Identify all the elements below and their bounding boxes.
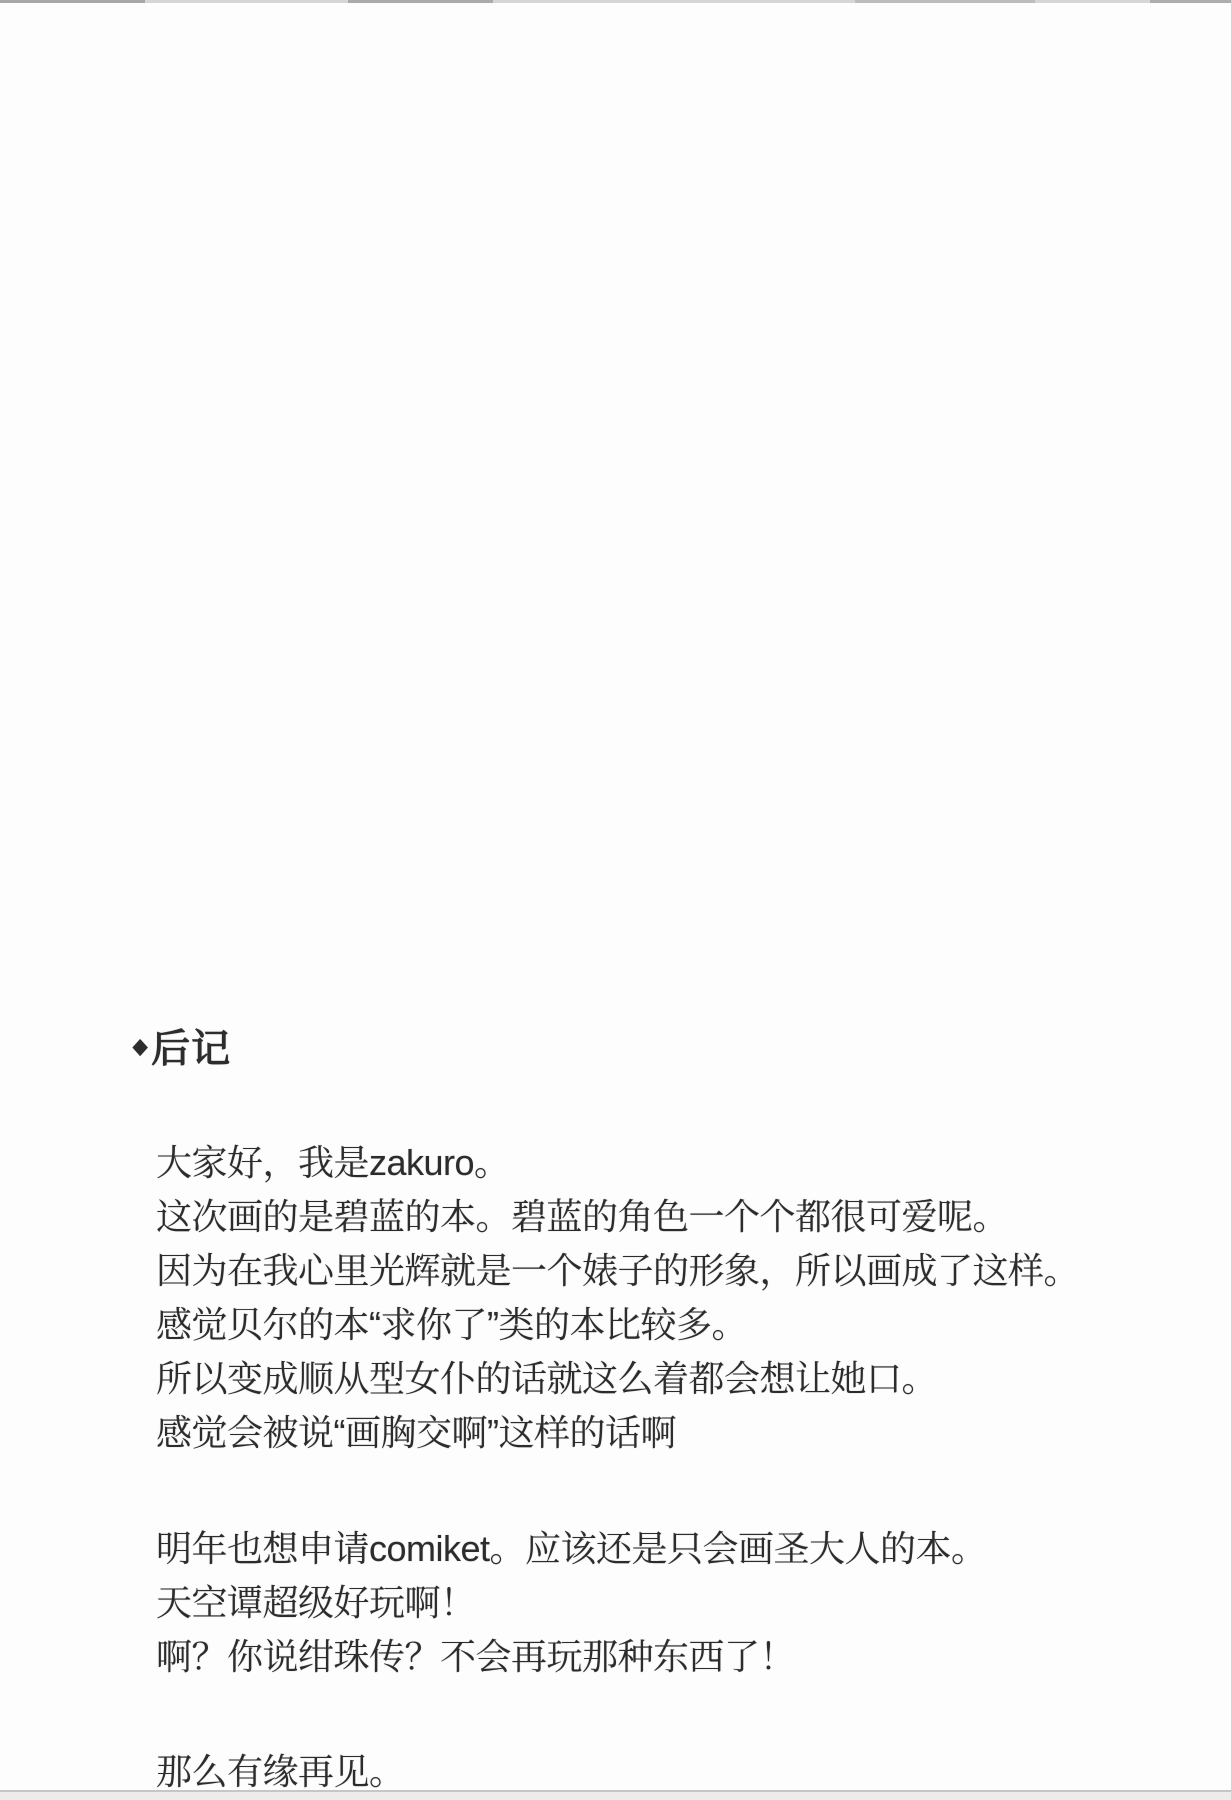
afterword-heading-title: 后记 [151,1018,231,1074]
scan-artifact-top-edge [0,0,1231,3]
afterword-heading: ◆ 后记 [132,1018,231,1074]
text-line: 大家好，我是zakuro。 [156,1136,1166,1190]
scan-artifact-segment [348,0,493,3]
scan-artifact-bottom-band [0,1792,1231,1800]
text-line: 啊？你说绀珠传？不会再玩那种东西了！ [156,1630,1166,1684]
text-line: 这次画的是碧蓝的本。碧蓝的角色一个个都很可爱呢。 [156,1190,1166,1244]
scan-artifact-segment [1150,0,1231,3]
scan-artifact-segment [0,0,145,3]
afterword-paragraph-plans: 明年也想申请comiket。应该还是只会画圣大人的本。 天空谭超级好玩啊！ 啊？… [156,1522,1166,1684]
text-line: 明年也想申请comiket。应该还是只会画圣大人的本。 [156,1522,1166,1576]
text-line: 感觉贝尔的本“求你了”类的本比较多。 [156,1298,1166,1352]
text-line: 所以变成顺从型女仆的话就这么着都会想让她口。 [156,1352,1166,1406]
afterword-paragraph-greeting: 大家好，我是zakuro。 这次画的是碧蓝的本。碧蓝的角色一个个都很可爱呢。 因… [156,1136,1166,1460]
text-line: 感觉会被说“画胸交啊”这样的话啊 [156,1406,1166,1460]
diamond-bullet-icon: ◆ [133,1034,148,1059]
scan-artifact-segment [855,0,1035,3]
text-line: 因为在我心里光辉就是一个婊子的形象，所以画成了这样。 [156,1244,1166,1298]
text-line: 天空谭超级好玩啊！ [156,1576,1166,1630]
afterword-page: ◆ 后记 大家好，我是zakuro。 这次画的是碧蓝的本。碧蓝的角色一个个都很可… [0,0,1231,1800]
